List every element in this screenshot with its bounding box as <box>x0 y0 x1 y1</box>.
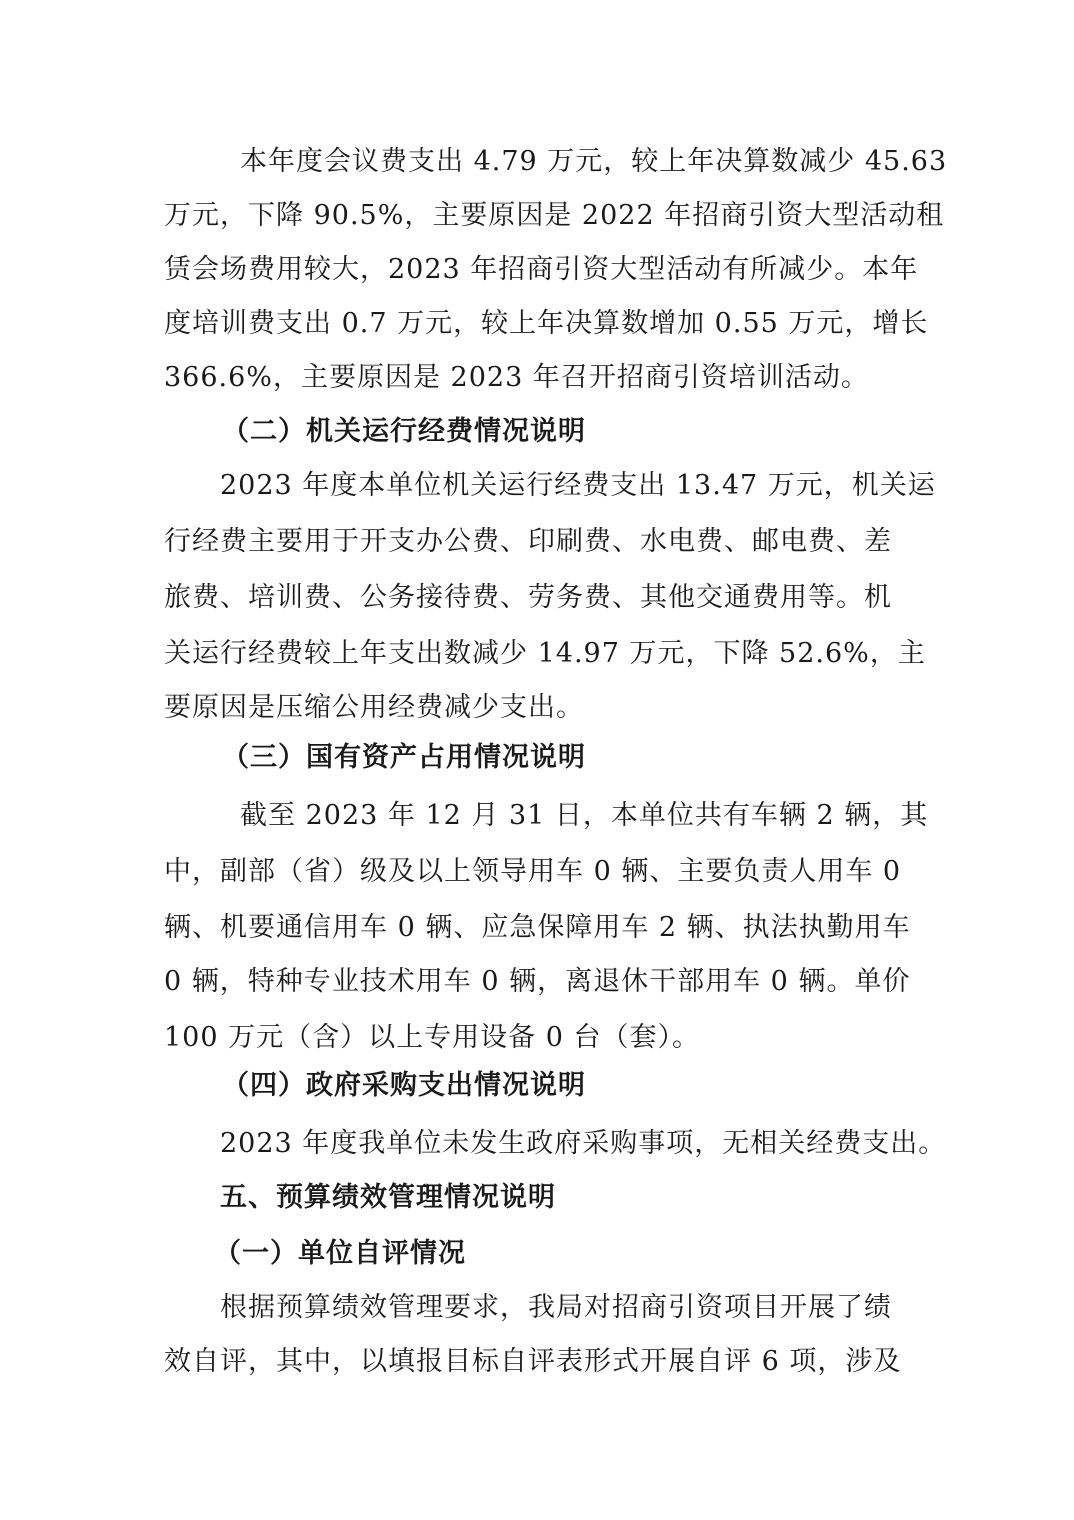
section-heading: （四）政府采购支出情况说明 <box>222 1066 586 1106</box>
paragraph-line: 赁会场费用较大，2023 年招商引资大型活动有所减少。本年 <box>164 250 918 290</box>
paragraph-line: 行经费主要用于开支办公费、印刷费、水电费、邮电费、差 <box>164 522 892 562</box>
section-heading: （二）机关运行经费情况说明 <box>222 412 586 452</box>
chapter-heading: 五、预算绩效管理情况说明 <box>220 1178 556 1218</box>
section-heading: （三）国有资产占用情况说明 <box>222 738 586 778</box>
paragraph-line: 要原因是压缩公用经费减少支出。 <box>164 688 584 728</box>
paragraph-line: 2023 年度我单位未发生政府采购事项，无相关经费支出。 <box>220 1124 946 1164</box>
document-page: 本年度会议费支出 4.79 万元，较上年决算数减少 45.63 万元，下降 90… <box>0 0 1074 1520</box>
paragraph-line: 366.6%，主要原因是 2023 年召开招商引资培训活动。 <box>164 358 869 398</box>
paragraph-line: 100 万元（含）以上专用设备 0 台（套）。 <box>164 1018 700 1058</box>
subsection-heading: （一）单位自评情况 <box>214 1234 466 1274</box>
paragraph-line: 辆、机要通信用车 0 辆、应急保障用车 2 辆、执法执勤用车 <box>164 908 911 948</box>
paragraph-line: 中，副部（省）级及以上领导用车 0 辆、主要负责人用车 0 <box>164 852 901 892</box>
paragraph-line: 本年度会议费支出 4.79 万元，较上年决算数减少 45.63 <box>240 142 947 182</box>
paragraph-line: 万元，下降 90.5%，主要原因是 2022 年招商引资大型活动租 <box>164 196 944 236</box>
paragraph-line: 旅费、培训费、公务接待费、劳务费、其他交通费用等。机 <box>164 578 892 618</box>
paragraph-line: 截至 2023 年 12 月 31 日，本单位共有车辆 2 辆，其 <box>240 796 928 836</box>
paragraph-line: 度培训费支出 0.7 万元，较上年决算数增加 0.55 万元，增长 <box>164 304 928 344</box>
paragraph-line: 效自评，其中，以填报目标自评表形式开展自评 6 项，涉及 <box>164 1342 901 1382</box>
paragraph-line: 0 辆，特种专业技术用车 0 辆，离退休干部用车 0 辆。单价 <box>164 962 910 1002</box>
paragraph-line: 2023 年度本单位机关运行经费支出 13.47 万元，机关运 <box>220 466 936 506</box>
paragraph-line: 关运行经费较上年支出数减少 14.97 万元，下降 52.6%，主 <box>164 634 926 674</box>
paragraph-line: 根据预算绩效管理要求，我局对招商引资项目开展了绩 <box>220 1288 892 1328</box>
